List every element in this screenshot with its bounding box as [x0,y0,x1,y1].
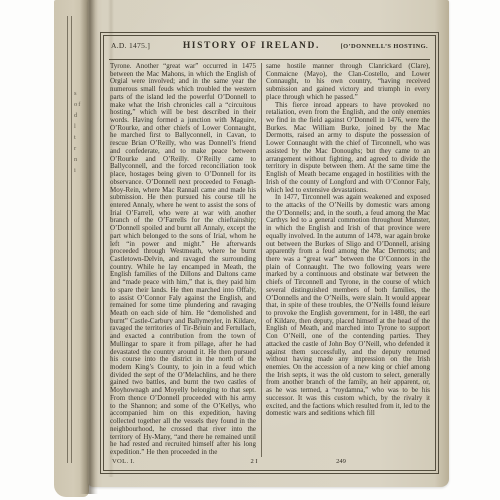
paragraph: same hostile manner through Clanrickard … [266,63,430,102]
footer-signature: 2 I [250,458,257,465]
paragraph: This fierce inroad appears to have provo… [266,102,430,195]
footer-volume: VOL. I. [112,458,135,465]
gutter-shadow [80,0,98,494]
column-left: Tyrone. Another “great war” occurred in … [110,63,256,457]
adjacent-page-border-rule [67,16,72,463]
header-date: A.D. 1475.] [111,41,150,50]
header-rule [109,59,430,60]
paragraph: Tyrone. Another “great war” occurred in … [110,63,256,457]
paragraph: In 1477, Tirconnell was again weakened a… [266,194,430,418]
column-divider-rule [261,63,262,457]
page-title: HISTORY OF IRELAND. [183,41,320,51]
page-footer: VOL. I. 2 I 249 [111,458,428,467]
running-head: [O’DONNELL’S HOSTING. [341,43,428,50]
footer-page-number: 249 [336,458,346,465]
text-columns: Tyrone. Another “great war” occurred in … [110,63,430,457]
column-right: same hostile manner through Clanrickard … [266,63,430,457]
book-page: A.D. 1475.] HISTORY OF IRELAND. [O’DONNE… [88,0,449,487]
book-photo: s of d l t r n i A.D. 1475.] HISTORY OF … [0,0,500,500]
page-frame-inner-rule: A.D. 1475.] HISTORY OF IRELAND. [O’DONNE… [103,35,436,471]
page-header: A.D. 1475.] HISTORY OF IRELAND. [O’DONNE… [111,41,428,51]
page-frame-outer-rule: A.D. 1475.] HISTORY OF IRELAND. [O’DONNE… [100,32,439,474]
